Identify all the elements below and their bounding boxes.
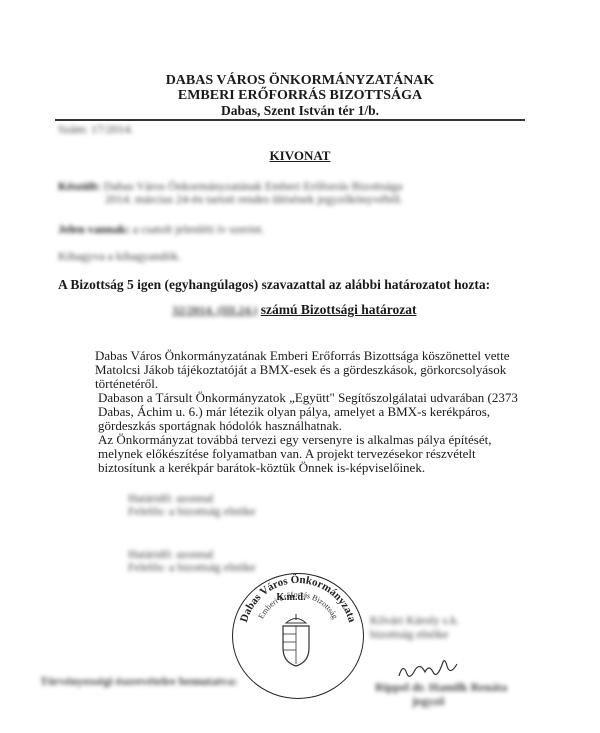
responsible-1: Felelős: a bizottság elnöke [128, 504, 256, 519]
body-paragraph-2: Dabason a Társult Önkormányzatok „Együtt… [95, 391, 535, 433]
header-rule [55, 119, 525, 121]
header-address: Dabas, Szent István tér 1/b. [0, 103, 600, 119]
signer-role: jegyző [412, 694, 445, 709]
prepared-label: Készült: [58, 179, 101, 193]
official-stamp: Dabas Város Önkormányzata Emberi Erőforr… [232, 573, 364, 699]
header-line-1: DABAS VÁROS ÖNKORMÁNYZATÁNAK [0, 73, 600, 89]
handwritten-signature-icon [395, 658, 485, 680]
attendees-text: a csatolt jelenléti ív szerint. [133, 222, 265, 236]
svg-text:K.m.d.: K.m.d. [276, 592, 306, 603]
decision-number: 32/2014. (III.24.) [172, 303, 257, 318]
vote-line: A Bizottság 5 igen (egyhangúlagos) szava… [58, 277, 490, 293]
chair-name: Kővári Károly s.k. [370, 613, 459, 628]
document-title: KIVONAT [0, 148, 600, 164]
header-line-2: EMBERI ERŐFORRÁS BIZOTTSÁGA [0, 88, 600, 104]
prepared-line-2: 2014. március 24-én tartott rendes ülésé… [105, 192, 403, 207]
stamp-seal-icon: Dabas Város Önkormányzata Emberi Erőforr… [233, 574, 363, 698]
signer-name: Rippel dr. Hamilk Renáta [375, 680, 507, 695]
coat-of-arms-icon [283, 614, 309, 666]
attendees-label: Jelen vannak: [58, 222, 130, 236]
body-paragraph-1: Dabas Város Önkormányzatának Emberi Erőf… [95, 349, 535, 391]
decision-heading: 32/2014. (III.24.) számú Bizottsági hatá… [172, 302, 416, 318]
reference-number: Szám: 17/2014. [58, 122, 133, 137]
responsible-2: Felelős: a bizottság elnöke [128, 560, 256, 575]
decision-title: számú Bizottsági határozat [261, 302, 417, 317]
chair-role: bizottság elnöke [370, 627, 448, 642]
body-paragraph-3: Az Önkormányzat továbbá tervezi egy vers… [95, 433, 535, 475]
attendees: Jelen vannak: a csatolt jelenléti ív sze… [58, 222, 264, 237]
legal-review-label: Törvényességi észrevételre bemutatva: [40, 674, 238, 689]
decision-body: Dabas Város Önkormányzatának Emberi Erőf… [95, 349, 535, 475]
agenda-note: Kihagyva a kihagyandók. [58, 249, 181, 264]
prepared-line-1: Dabas Város Önkormányzatának Emberi Erőf… [104, 179, 403, 193]
